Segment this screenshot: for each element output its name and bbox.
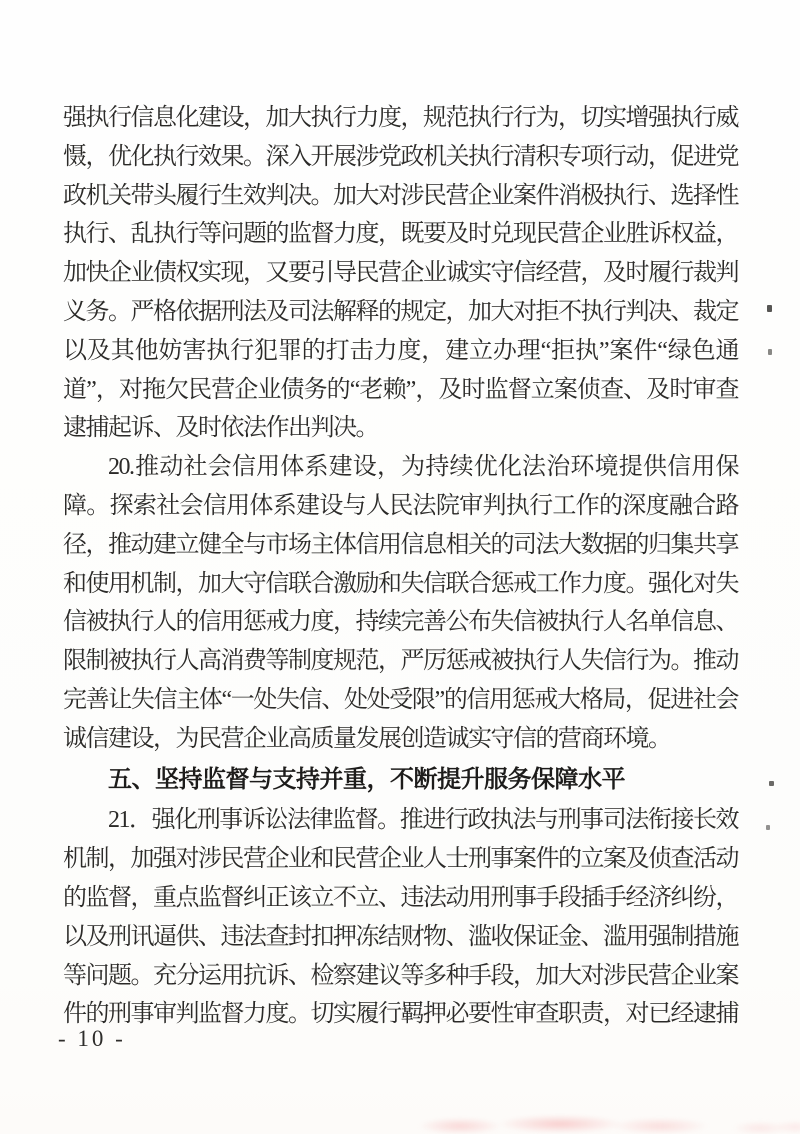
section-heading-5: 五、坚持监督与支持并重，不断提升服务保障水平 — [63, 761, 738, 800]
scanned-document-page: 强执行信息化建设，加大执行力度，规范执行行为，切实增强执行威慑，优化执行效果。深… — [0, 0, 800, 1134]
paragraph-item-20: 20.推动社会信用体系建设，为持续优化法治环境提供信用保障。探索社会信用体系建设… — [63, 448, 738, 758]
page-number: - 10 - — [58, 1026, 126, 1052]
document-text-column: 强执行信息化建设，加大执行力度，规范执行行为，切实增强执行威慑，优化执行效果。深… — [63, 99, 738, 1034]
scan-speck — [767, 305, 772, 312]
scan-speck — [766, 825, 770, 830]
paragraph-continuation: 强执行信息化建设，加大执行力度，规范执行行为，切实增强执行威慑，优化执行效果。深… — [63, 99, 738, 448]
paragraph-item-21: 21．强化刑事诉讼法律监督。推进行政执法与刑事司法衔接长效机制，加强对涉民营企业… — [63, 801, 738, 1034]
scan-speck — [769, 781, 774, 786]
scan-bleed-smudge — [340, 1108, 800, 1134]
scan-speck — [768, 349, 772, 355]
